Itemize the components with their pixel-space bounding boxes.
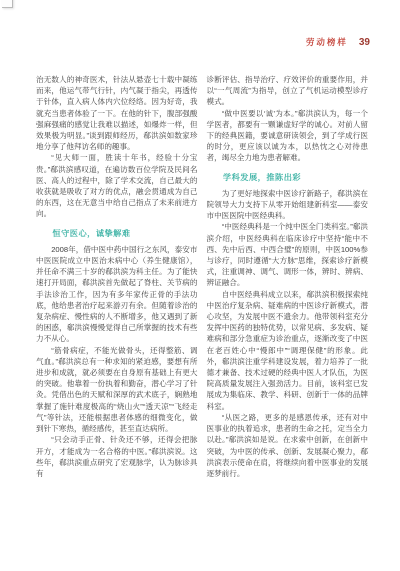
body-paragraph: 治无数人的神奇医术，针法从悬壶七十载中凝练而来，他运气带气行针，内气凝于指尖，再… <box>36 74 198 152</box>
page-number: 39 <box>359 37 370 48</box>
body-paragraph: 诊断评估、指导治疗、疗效评价的重要作用，并以“一气周流”为指导，创立了气机运动模… <box>207 74 369 108</box>
body-paragraph: 自中医经典科成立以来，郗洪滨积极探索纯中医治疗复杂病、疑难病的中医诊疗新模式，潜… <box>207 289 369 412</box>
left-column: 治无数人的神奇医术，针法从悬壶七十载中凝练而来，他运气带气行针，内气凝于指尖，再… <box>36 74 198 479</box>
section-label: 劳动榜样 <box>306 36 348 48</box>
page-corner-mark <box>2 0 13 8</box>
article-body: 治无数人的神奇医术，针法从悬壶七十载中凝练而来，他运气带气行针，内气凝于指尖，再… <box>36 74 368 479</box>
body-paragraph: “中医经典科是一个纯中医全门类科室。”郗洪滨介绍，中医经典科在临床诊疗中坚持“能… <box>207 221 369 288</box>
right-column: 诊断评估、指导治疗、疗效评价的重要作用，并以“一气周流”为指导，创立了气机运动模… <box>207 74 369 479</box>
body-paragraph: “做中医要以‘诚’为本。”郗洪滨认为，每一个学医者，都要有一颗谦虚好学的诚心。对… <box>207 108 369 164</box>
running-head: 劳动榜样 39 <box>306 36 370 48</box>
magazine-page: 劳动榜样 39 治无数人的神奇医术，针法从悬壶七十载中凝练而来，他运气带气行针，… <box>0 0 400 571</box>
body-paragraph: “只会动手正骨、针灸还不够，还得会把脉开方，才能成为一名合格的中医。”郗洪滨说。… <box>36 434 198 479</box>
section-heading: 恒守医心，诚挚解难 <box>36 228 198 239</box>
body-paragraph: 为了更好地探索中医诊疗新路子，郗洪滨在院领导大力支持下从零开始组建新科室——泰安… <box>207 188 369 222</box>
section-heading: 学科发展，推陈出彩 <box>207 172 369 183</box>
body-paragraph: “见大师一面，胜读十年书，经验十分宝贵。”郗洪滨感叹道，在遍访数百位学院及民间名… <box>36 152 198 219</box>
body-paragraph: “筋骨病症，不能光做骨头，还得整筋、调气血。”郗洪滨总有一种求知的紧迫感，要想有… <box>36 345 198 435</box>
body-paragraph: 2008年，借中医中药中国行之东风，泰安市中医医院成立中医治未病中心（养生健康馆… <box>36 244 198 345</box>
body-paragraph: “从医之路，更多的是感恩传承，还有对中医事业的执着追求，患者的生命之托，定当全力… <box>207 412 369 479</box>
